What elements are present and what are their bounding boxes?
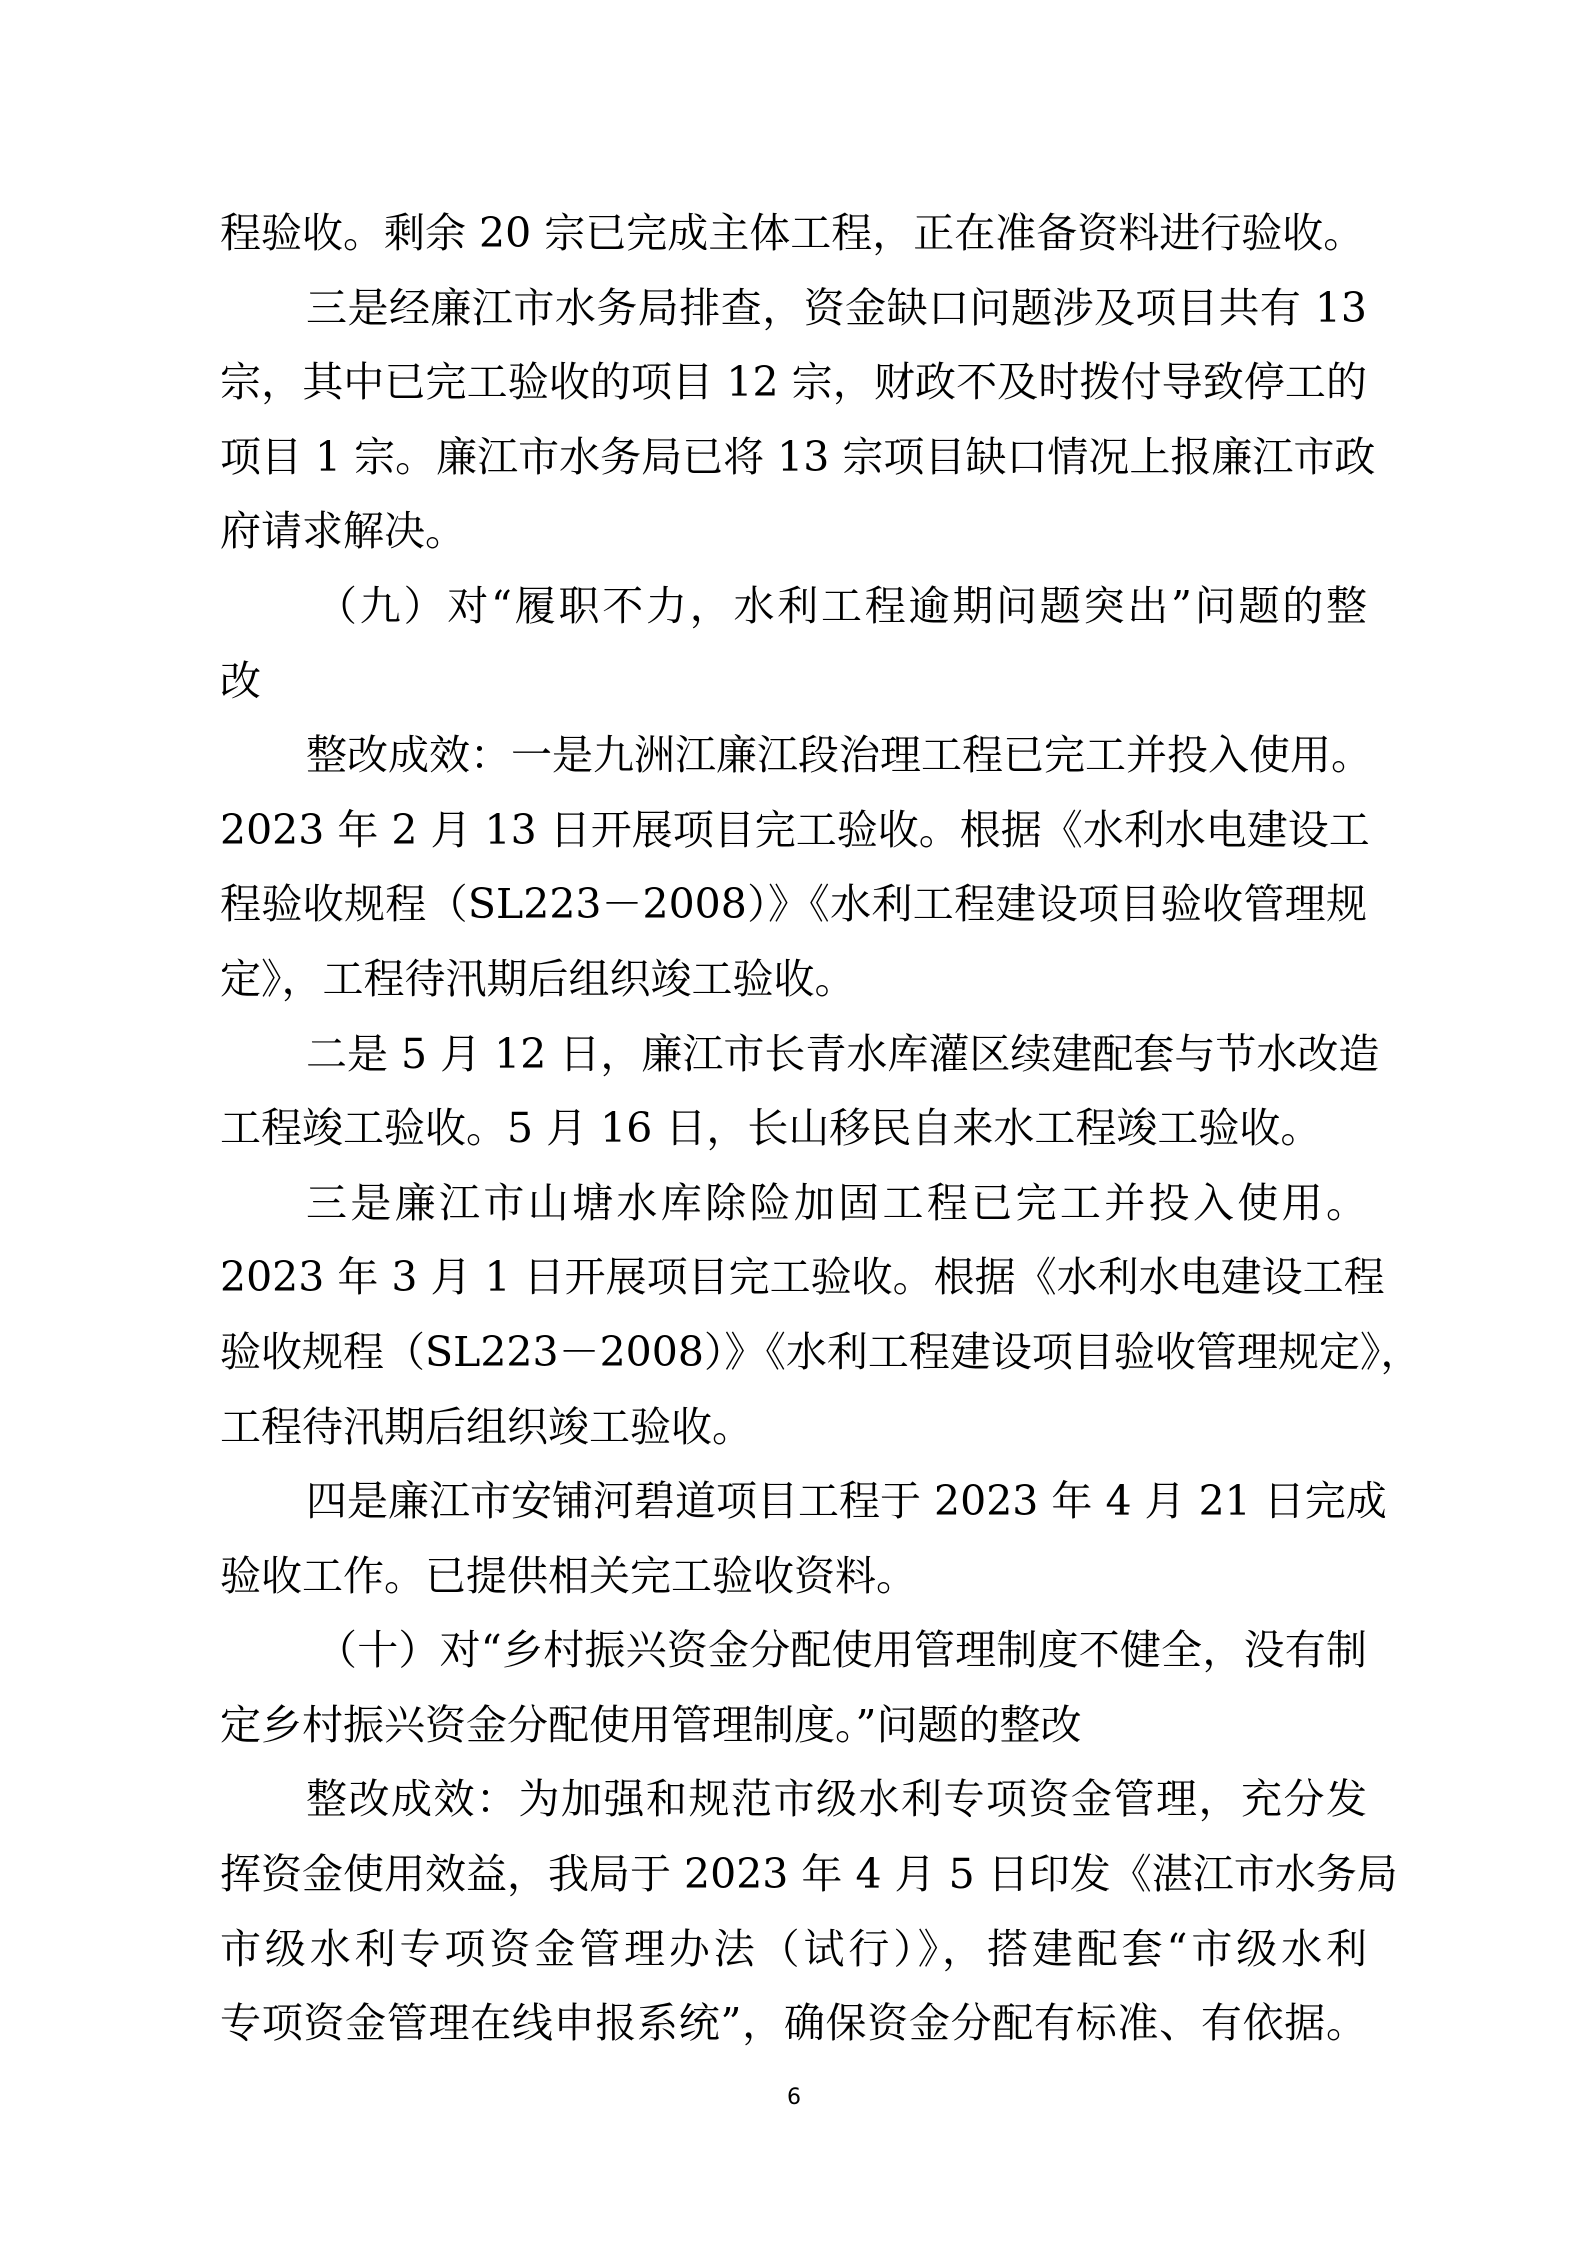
text-line: 程验收。剩余 20 宗已完成主体工程，正在准备资料进行验收。 (220, 196, 1367, 271)
text-line: 2023 年 2 月 13 日开展项目完工验收。根据《水利水电建设工 (220, 793, 1367, 868)
text-line: 府请求解决。 (220, 494, 1367, 569)
text-line: 四是廉江市安铺河碧道项目工程于 2023 年 4 月 21 日完成 (220, 1464, 1367, 1539)
text-line: 定》，工程待汛期后组织竣工验收。 (220, 942, 1367, 1017)
text-line: 2023 年 3 月 1 日开展项目完工验收。根据《水利水电建设工程 (220, 1240, 1367, 1315)
text-line: 工程待汛期后组织竣工验收。 (220, 1390, 1367, 1465)
text-line: 宗，其中已完工验收的项目 12 宗，财政不及时拨付导致停工的 (220, 345, 1367, 420)
text-line: 整改成效：为加强和规范市级水利专项资金管理，充分发 (220, 1762, 1367, 1837)
section-heading-9: （九）对“履职不力，水利工程逾期问题突出”问题的整 改 (220, 569, 1367, 718)
text-line: 专项资金管理在线申报系统”，确保资金分配有标准、有依据。 (220, 1986, 1367, 2061)
text-line: 整改成效：一是九洲江廉江段治理工程已完工并投入使用。 (220, 718, 1367, 793)
section-heading-10: （十）对“乡村振兴资金分配使用管理制度不健全，没有制 定乡村振兴资金分配使用管理… (220, 1613, 1367, 1762)
text-line: 市级水利专项资金管理办法（试行）》，搭建配套“市级水利 (220, 1912, 1367, 1987)
text-line: 三是经廉江市水务局排查，资金缺口问题涉及项目共有 13 (220, 271, 1367, 346)
paragraph-rectification-result-9d: 四是廉江市安铺河碧道项目工程于 2023 年 4 月 21 日完成 验收工作。已… (220, 1464, 1367, 1613)
paragraph-rectification-result-10: 整改成效：为加强和规范市级水利专项资金管理，充分发 挥资金使用效益，我局于 20… (220, 1762, 1367, 2060)
text-line: 验收工作。已提供相关完工验收资料。 (220, 1539, 1367, 1614)
heading-line: （九）对“履职不力，水利工程逾期问题突出”问题的整 (220, 569, 1367, 644)
heading-line: 改 (220, 644, 1367, 719)
paragraph-continuation: 程验收。剩余 20 宗已完成主体工程，正在准备资料进行验收。 (220, 196, 1367, 271)
heading-line: （十）对“乡村振兴资金分配使用管理制度不健全，没有制 (220, 1613, 1367, 1688)
heading-line: 定乡村振兴资金分配使用管理制度。”问题的整改 (220, 1688, 1367, 1763)
document-page: 程验收。剩余 20 宗已完成主体工程，正在准备资料进行验收。 三是经廉江市水务局… (0, 0, 1587, 2245)
text-line: 三是廉江市山塘水库除险加固工程已完工并投入使用。 (220, 1166, 1367, 1241)
paragraph-rectification-result-9b: 二是 5 月 12 日，廉江市长青水库灌区续建配套与节水改造 工程竣工验收。5 … (220, 1017, 1367, 1166)
document-body: 程验收。剩余 20 宗已完成主体工程，正在准备资料进行验收。 三是经廉江市水务局… (220, 196, 1367, 2061)
text-line: 挥资金使用效益，我局于 2023 年 4 月 5 日印发《湛江市水务局 (220, 1837, 1367, 1912)
page-number: 6 (781, 2083, 807, 2113)
paragraph-rectification-result-9c: 三是廉江市山塘水库除险加固工程已完工并投入使用。 2023 年 3 月 1 日开… (220, 1166, 1367, 1464)
paragraph-funding-gap: 三是经廉江市水务局排查，资金缺口问题涉及项目共有 13 宗，其中已完工验收的项目… (220, 271, 1367, 569)
text-line: 验收规程（SL223－2008）》《水利工程建设项目验收管理规定》， (220, 1315, 1385, 1390)
text-line: 工程竣工验收。5 月 16 日，长山移民自来水工程竣工验收。 (220, 1091, 1367, 1166)
text-line: 项目 1 宗。廉江市水务局已将 13 宗项目缺口情况上报廉江市政 (220, 420, 1367, 495)
text-line: 程验收规程（SL223－2008）》《水利工程建设项目验收管理规 (220, 867, 1367, 942)
text-line: 二是 5 月 12 日，廉江市长青水库灌区续建配套与节水改造 (220, 1017, 1367, 1092)
paragraph-rectification-result-9a: 整改成效：一是九洲江廉江段治理工程已完工并投入使用。 2023 年 2 月 13… (220, 718, 1367, 1016)
